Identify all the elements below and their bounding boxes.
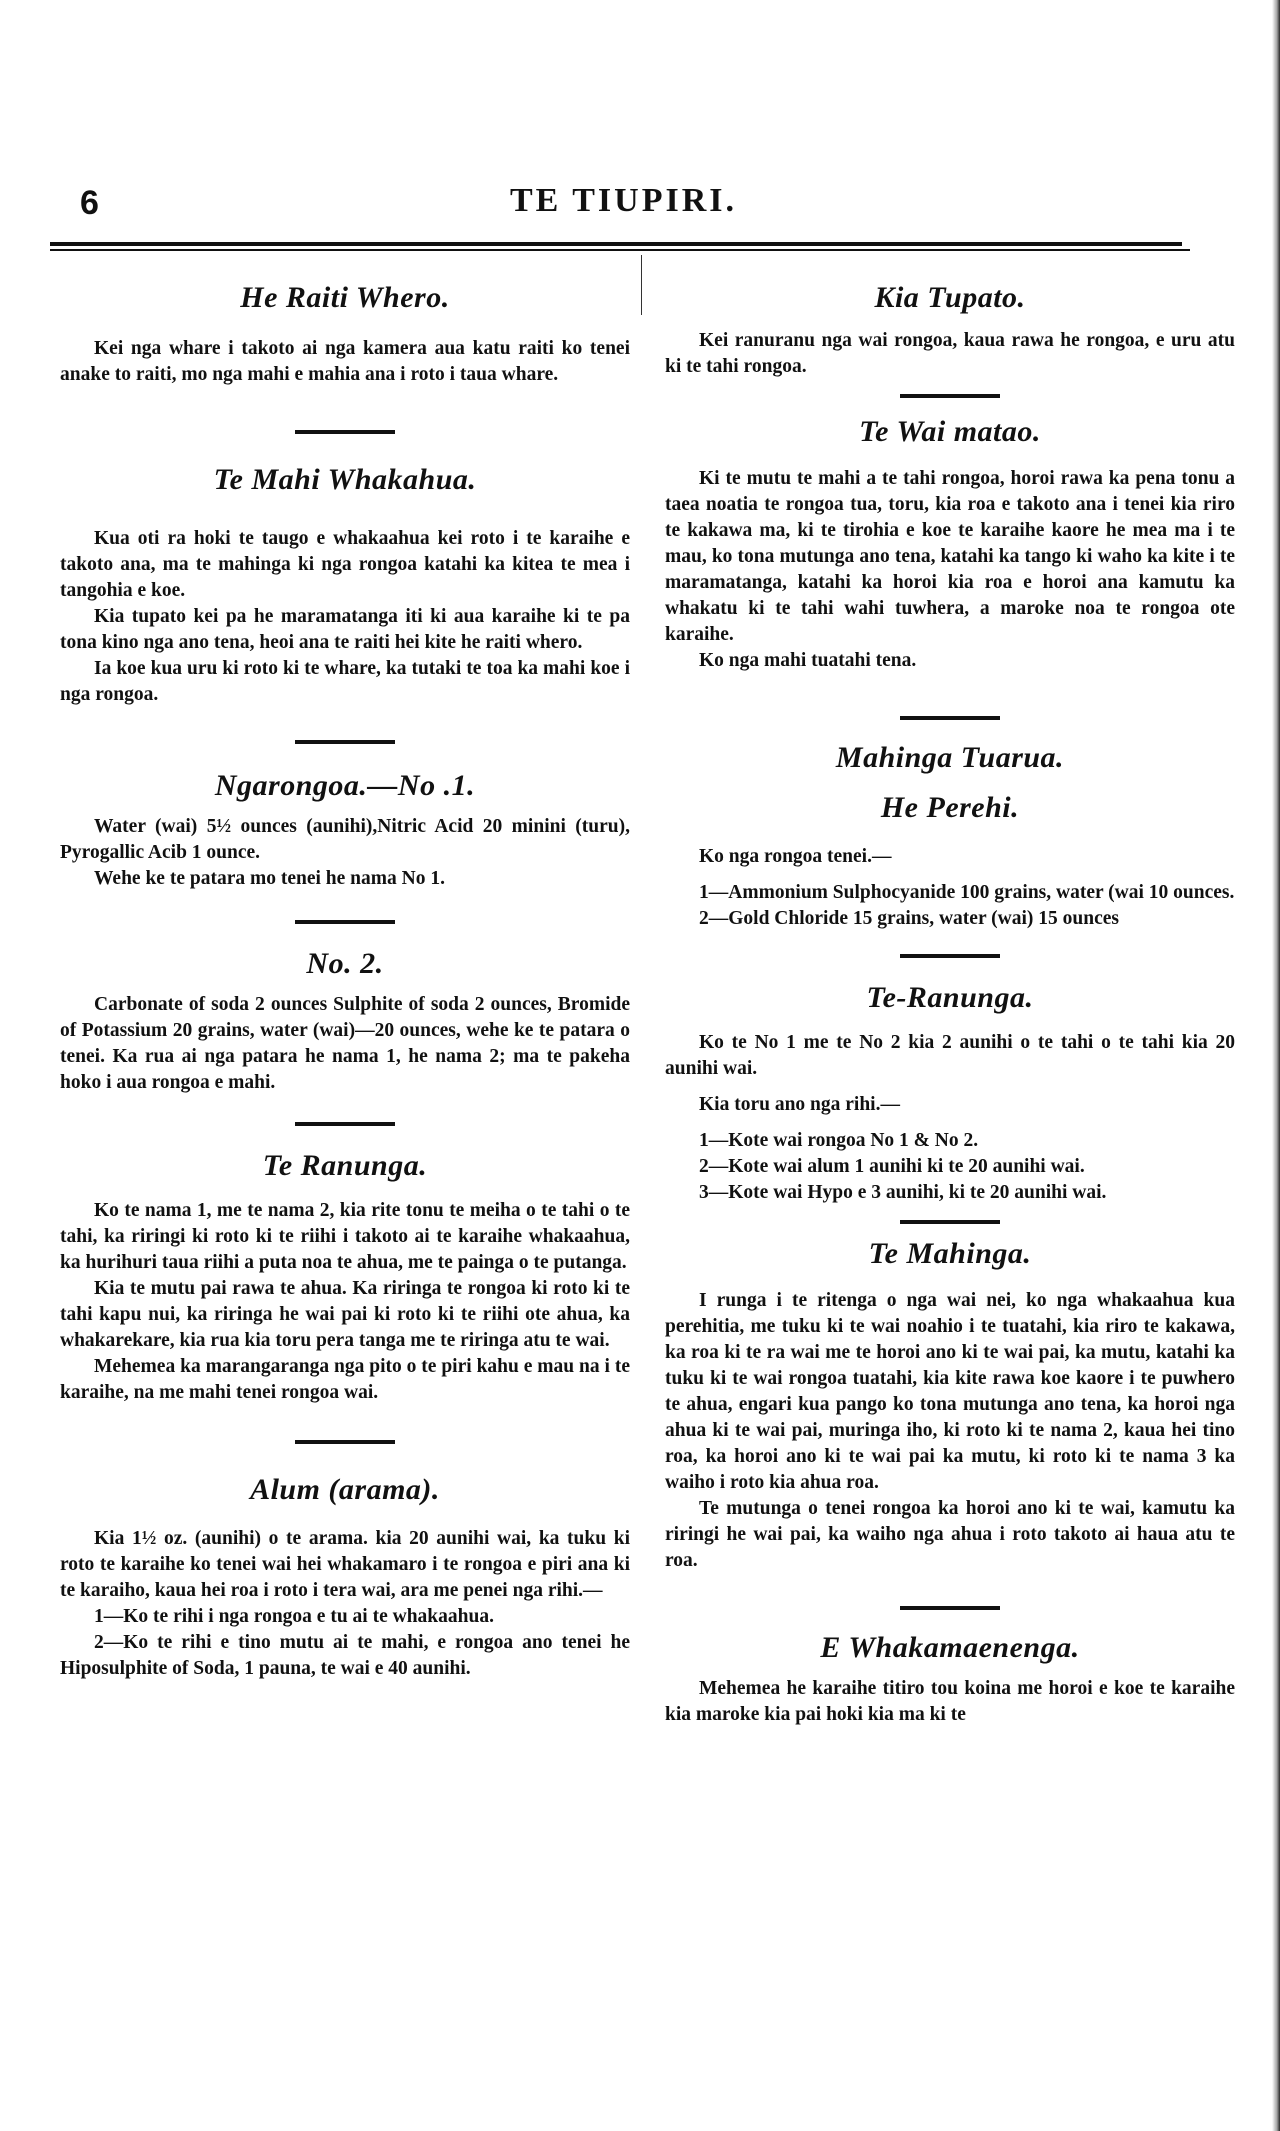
paragraph: Ia koe kua uru ki roto ki te whare, ka t… <box>60 656 630 708</box>
article-e-whakamaenenga: E Whakamaenenga. Mehemea he karaihe titi… <box>665 1630 1235 1728</box>
article-he-raiti-whero: He Raiti Whero. Kei nga whare i takoto a… <box>60 280 630 388</box>
section-title: Te Ranunga. <box>60 1148 630 1184</box>
header-rule-thick <box>50 242 1182 246</box>
article-te-wai-matao: Te Wai matao. Ki te mutu te mahi a te ta… <box>665 414 1235 674</box>
section-title: E Whakamaenenga. <box>665 1630 1235 1666</box>
paragraph: Ko te No 1 me te No 2 kia 2 aunihi o te … <box>665 1030 1235 1082</box>
section-separator <box>900 1606 1000 1610</box>
section-separator <box>900 954 1000 958</box>
paragraph: I runga i te ritenga o nga wai nei, ko n… <box>665 1288 1235 1496</box>
section-separator <box>295 430 395 434</box>
article-kia-tupato: Kia Tupato. Kei ranuranu nga wai rongoa,… <box>665 280 1235 380</box>
section-title: He Raiti Whero. <box>60 280 630 316</box>
section-separator <box>295 1440 395 1444</box>
paragraph: Ko nga mahi tuatahi tena. <box>665 648 1235 674</box>
section-title: Te-Ranunga. <box>665 980 1235 1016</box>
section-title: Mahinga Tuarua. <box>665 740 1235 776</box>
section-separator <box>295 740 395 744</box>
section-title: Te Wai matao. <box>665 414 1235 450</box>
paragraph: Carbonate of soda 2 ounces Sulphite of s… <box>60 992 630 1096</box>
paragraph: Kia 1½ oz. (aunihi) o te arama. kia 20 a… <box>60 1526 630 1604</box>
header-double-rule <box>50 242 1182 251</box>
paragraph: Mehemea he karaihe titiro tou koina me h… <box>665 1676 1235 1728</box>
newspaper-page: 6 TE TIUPIRI. He Raiti Whero. Kei nga wh… <box>0 0 1280 2131</box>
section-title: Ngarongoa.—No .1. <box>60 768 630 804</box>
article-te-mahinga: Te Mahinga. I runga i te ritenga o nga w… <box>665 1236 1235 1574</box>
article-ngarongoa-no-1: Ngarongoa.—No .1. Water (wai) 5½ ounces … <box>60 768 630 892</box>
section-separator <box>295 1122 395 1126</box>
article-mahinga-tuarua: Mahinga Tuarua. He Perehi. Ko nga rongoa… <box>665 740 1235 932</box>
masthead-title: TE TIUPIRI. <box>510 182 737 220</box>
article-no-2: No. 2. Carbonate of soda 2 ounces Sulphi… <box>60 946 630 1096</box>
list-item: 2—Gold Chloride 15 grains, water (wai) 1… <box>665 906 1235 932</box>
section-title: Te Mahinga. <box>665 1236 1235 1272</box>
paragraph: Kia te mutu pai rawa te ahua. Ka riringa… <box>60 1276 630 1354</box>
left-column: He Raiti Whero. Kei nga whare i takoto a… <box>60 260 630 1682</box>
section-title: Alum (arama). <box>60 1472 630 1508</box>
page-number: 6 <box>80 184 99 223</box>
article-alum-arama: Alum (arama). Kia 1½ oz. (aunihi) o te a… <box>60 1472 630 1682</box>
list-item: 3—Kote wai Hypo e 3 aunihi, ki te 20 aun… <box>665 1180 1235 1206</box>
column-divider <box>641 255 642 315</box>
header-rule-thin <box>50 249 1190 251</box>
list-item: 2—Ko te rihi e tino mutu ai te mahi, e r… <box>60 1630 630 1682</box>
paragraph: Ki te mutu te mahi a te tahi rongoa, hor… <box>665 466 1235 648</box>
paragraph: Ko nga rongoa tenei.— <box>665 844 1235 870</box>
paragraph: Ko te nama 1, me te nama 2, kia rite ton… <box>60 1198 630 1276</box>
paragraph: Te mutunga o tenei rongoa ka horoi ano k… <box>665 1496 1235 1574</box>
article-te-ranunga-2: Te-Ranunga. Ko te No 1 me te No 2 kia 2 … <box>665 980 1235 1206</box>
section-title: Te Mahi Whakahua. <box>60 462 630 498</box>
article-te-mahi-whakahua: Te Mahi Whakahua. Kua oti ra hoki te tau… <box>60 462 630 708</box>
section-subtitle: He Perehi. <box>665 790 1235 826</box>
paragraph: Kia toru ano nga rihi.— <box>665 1092 1235 1118</box>
section-separator <box>900 1220 1000 1224</box>
section-separator <box>900 394 1000 398</box>
section-title: No. 2. <box>60 946 630 982</box>
list-item: 1—Ammonium Sulphocyanide 100 grains, wat… <box>665 880 1235 906</box>
article-te-ranunga: Te Ranunga. Ko te nama 1, me te nama 2, … <box>60 1148 630 1406</box>
paragraph: Kei nga whare i takoto ai nga kamera aua… <box>60 336 630 388</box>
list-item: 2—Kote wai alum 1 aunihi ki te 20 aunihi… <box>665 1154 1235 1180</box>
paragraph: Wehe ke te patara mo tenei he nama No 1. <box>60 866 630 892</box>
section-separator <box>295 920 395 924</box>
page-header: 6 TE TIUPIRI. <box>50 180 1180 240</box>
section-separator <box>900 716 1000 720</box>
list-item: 1—Kote wai rongoa No 1 & No 2. <box>665 1128 1235 1154</box>
paragraph: Mehemea ka marangaranga nga pito o te pi… <box>60 1354 630 1406</box>
section-title: Kia Tupato. <box>665 280 1235 316</box>
right-column: Kia Tupato. Kei ranuranu nga wai rongoa,… <box>665 260 1235 1728</box>
paragraph: Kua oti ra hoki te taugo e whakaahua kei… <box>60 526 630 604</box>
paragraph: Kia tupato kei pa he maramatanga iti ki … <box>60 604 630 656</box>
list-item: 1—Ko te rihi i nga rongoa e tu ai te wha… <box>60 1604 630 1630</box>
paragraph: Water (wai) 5½ ounces (aunihi),Nitric Ac… <box>60 814 630 866</box>
paragraph: Kei ranuranu nga wai rongoa, kaua rawa h… <box>665 328 1235 380</box>
scan-edge-shadow <box>1272 0 1280 2131</box>
